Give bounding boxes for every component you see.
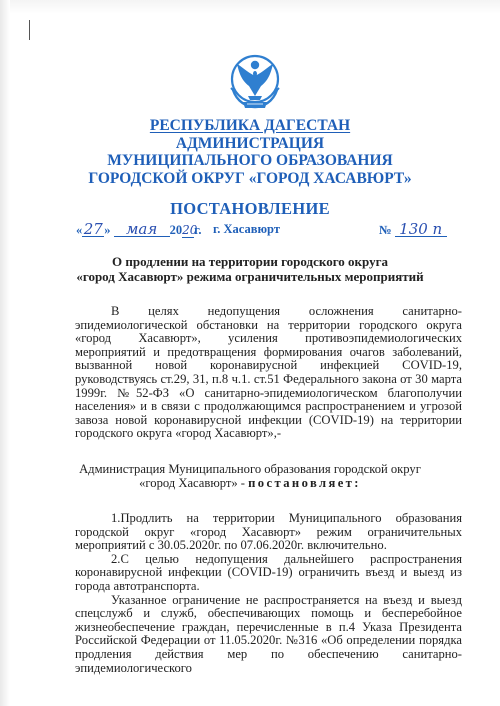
decree-items-section: 1.Продлить на территории Муниципального … — [75, 512, 462, 675]
resolves-prefix: «город Хасавюрт» - — [139, 476, 248, 490]
subject-line-1: О продлении на территории городского окр… — [0, 254, 500, 269]
header-republic: РЕСПУБЛИКА ДАГЕСТАН — [0, 117, 500, 135]
date-year-end: г. — [194, 223, 201, 237]
decree-item-2: 2.С целью недопущения дальнейшего распро… — [75, 553, 462, 594]
preamble-paragraph: В целях недопущения осложнения санитарно… — [75, 305, 462, 441]
decree-city: г. Хасавюрт — [213, 222, 280, 237]
dagestan-coat-of-arms-icon — [227, 52, 283, 112]
number-value: 130 п — [395, 222, 447, 237]
subject-line-2: «город Хасавюрт» режима ограничительных … — [0, 269, 500, 284]
number-label: № — [379, 223, 392, 237]
date-year-prefix: 20 — [170, 223, 183, 237]
header-municipality: МУНИЦИПАЛЬНОГО ОБРАЗОВАНИЯ — [0, 152, 500, 170]
decree-date: «27» мая2020г. — [76, 222, 202, 238]
decree-item-1: 1.Продлить на территории Муниципального … — [75, 512, 462, 553]
resolves-line-1: Администрация Муниципального образования… — [0, 462, 500, 476]
preamble-section: В целях недопущения осложнения санитарно… — [75, 305, 462, 441]
resolves-line-2: «город Хасавюрт» - постановляет: — [0, 476, 500, 490]
resolves-verb: постановляет: — [248, 476, 361, 490]
date-day: 27 — [82, 222, 104, 237]
date-month: мая — [114, 222, 170, 237]
header-administration: АДМИНИСТРАЦИЯ — [0, 135, 500, 153]
decree-number: № 130 п — [379, 222, 447, 238]
document-page: РЕСПУБЛИКА ДАГЕСТАН АДМИНИСТРАЦИЯ МУНИЦИ… — [0, 0, 500, 706]
decree-title: ПОСТАНОВЛЕНИЕ — [0, 199, 500, 219]
margin-mark — [29, 20, 30, 40]
resolves-statement: Администрация Муниципального образования… — [0, 462, 500, 490]
header-city-district: ГОРОДСКОЙ ОКРУГ «ГОРОД ХАСАВЮРТ» — [0, 170, 500, 188]
decree-date-number-line: «27» мая2020г. г. Хасавюрт № 130 п — [0, 222, 500, 240]
issuing-authority-header: РЕСПУБЛИКА ДАГЕСТАН АДМИНИСТРАЦИЯ МУНИЦИ… — [0, 117, 500, 187]
decree-item-2-exception: Указанное ограничение не распространяетс… — [75, 594, 462, 676]
decree-subject: О продлении на территории городского окр… — [0, 254, 500, 284]
scan-edge-shadow — [0, 0, 10, 706]
date-year-suffix: 20 — [182, 223, 194, 238]
date-close-quote: » — [104, 223, 110, 237]
